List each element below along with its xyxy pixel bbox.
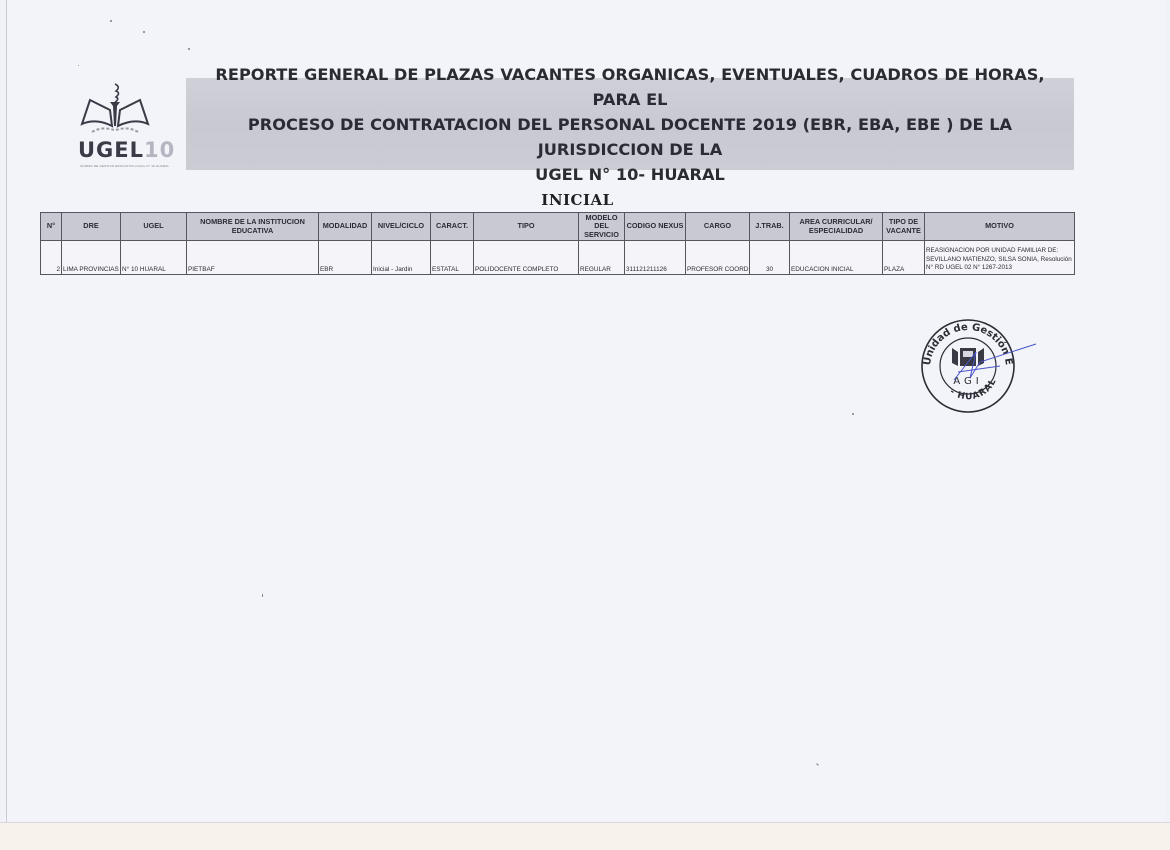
cell-modelo-servicio: REGULAR (579, 241, 625, 275)
scan-speck (262, 594, 263, 597)
cell-area-curricular: EDUCACION INICIAL (790, 241, 883, 275)
col-header-institucion: NOMBRE DE LA INSTITUCION EDUCATIVA (187, 213, 319, 241)
official-seal-stamp-icon: Unidad de Gestión Educativa Local N° 10 … (918, 318, 1048, 418)
col-header-motivo: MOTIVO (925, 213, 1075, 241)
report-title-line-3: UGEL N° 10- HUARAL (196, 162, 1064, 187)
scan-speck (188, 48, 190, 50)
report-title-line-2: PROCESO DE CONTRATACION DEL PERSONAL DOC… (196, 112, 1064, 162)
col-header-modelo-servicio: MODELO DEL SERVICIO (579, 213, 625, 241)
vacancies-table: N° DRE UGEL NOMBRE DE LA INSTITUCION EDU… (40, 212, 1075, 275)
cell-cargo: PROFESOR COORDI (686, 241, 750, 275)
logo-subtitle: UNIDAD DE GESTION EDUCATIVA LOCAL N° 10 … (80, 164, 169, 168)
col-header-nivel-ciclo: NIVEL/CICLO (372, 213, 431, 241)
col-header-tipo: TIPO (474, 213, 579, 241)
col-header-n: N° (41, 213, 62, 241)
report-title-line-1: REPORTE GENERAL DE PLAZAS VACANTES ORGAN… (196, 62, 1064, 112)
col-header-j-trab: J.TRAB. (750, 213, 790, 241)
col-header-dre: DRE (62, 213, 121, 241)
report-title: REPORTE GENERAL DE PLAZAS VACANTES ORGAN… (196, 62, 1064, 187)
table-header-row: N° DRE UGEL NOMBRE DE LA INSTITUCION EDU… (41, 213, 1075, 241)
cell-ugel: N° 10 HUARAL (121, 241, 187, 275)
cell-caract: ESTATAL (431, 241, 474, 275)
section-title: INICIAL (500, 191, 655, 209)
cell-motivo: REASIGNACION POR UNIDAD FAMILIAR DE: SEV… (925, 241, 1075, 275)
cell-dre: LIMA PROVINCIAS (62, 241, 121, 275)
report-title-banner: REPORTE GENERAL DE PLAZAS VACANTES ORGAN… (186, 78, 1074, 170)
official-stamp: Unidad de Gestión Educativa Local N° 10 … (918, 318, 1048, 418)
cell-tipo-vacante: PLAZA (883, 241, 925, 275)
scan-speck (110, 20, 112, 22)
col-header-modalidad: MODALIDAD (319, 213, 372, 241)
table-row: 2 LIMA PROVINCIAS N° 10 HUARAL PIETBAF E… (41, 241, 1075, 275)
cell-tipo: POLIDOCENTE COMPLETO (474, 241, 579, 275)
col-header-cargo: CARGO (686, 213, 750, 241)
cell-n: 2 (41, 241, 62, 275)
stamp-inner-text: AGI (953, 376, 982, 387)
col-header-codigo-nexus: CODIGO NEXUS (625, 213, 686, 241)
col-header-tipo-vacante: TIPO DE VACANTE (883, 213, 925, 241)
col-header-area-curricular: AREA CURRICULAR/ ESPECIALIDAD (790, 213, 883, 241)
scan-speck (78, 65, 79, 66)
logo-wordmark: UGEL10 (78, 138, 175, 162)
cell-nivel-ciclo: Inicial - Jardin (372, 241, 431, 275)
scanner-bed-margin (0, 822, 1170, 850)
cell-codigo-nexus: 311121211126 (625, 241, 686, 275)
scan-speck (143, 31, 145, 33)
ugel-torch-book-laurel-icon (74, 80, 164, 140)
ugel-logo: UGEL10 UNIDAD DE GESTION EDUCATIVA LOCAL… (74, 80, 164, 172)
cell-institucion: PIETBAF (187, 241, 319, 275)
cell-modalidad: EBR (319, 241, 372, 275)
scan-speck (852, 413, 854, 415)
col-header-caract: CARACT. (431, 213, 474, 241)
cell-j-trab: 30 (750, 241, 790, 275)
col-header-ugel: UGEL (121, 213, 187, 241)
